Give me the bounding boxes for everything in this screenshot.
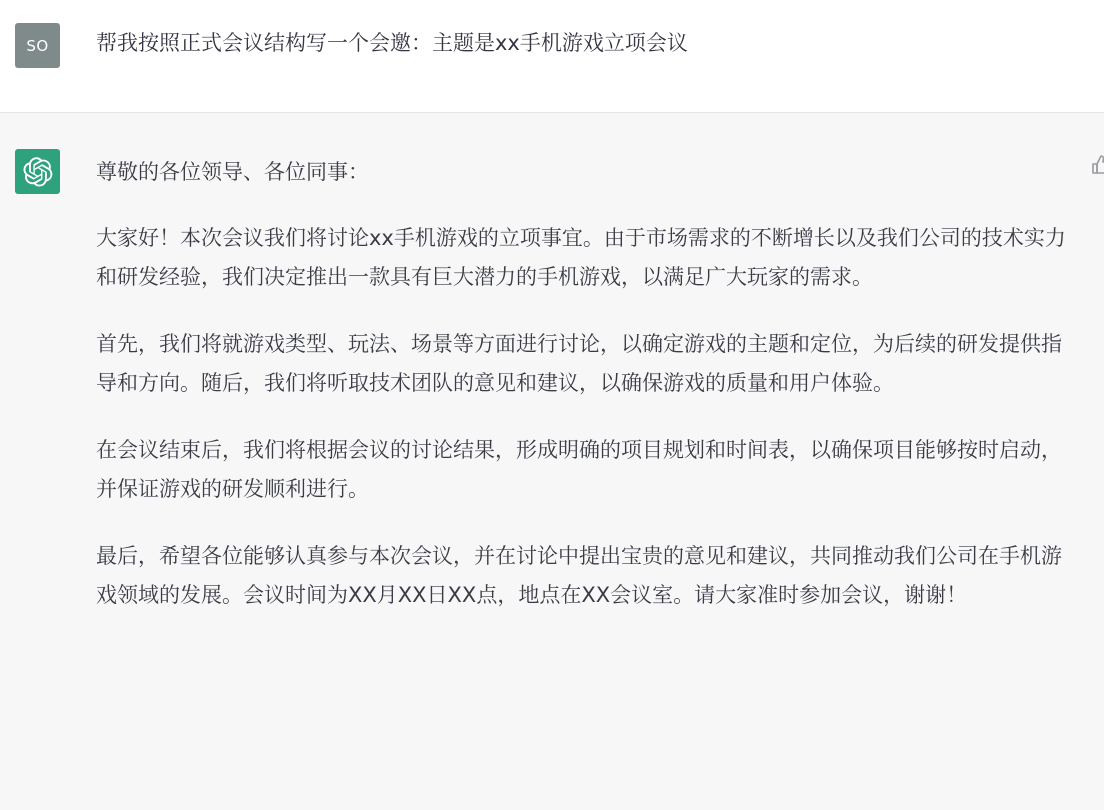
outcome-paragraph: 在会议结束后，我们将根据会议的讨论结果，形成明确的项目规划和时间表，以确保项目能… xyxy=(96,431,1066,509)
assistant-message-row: 尊敬的各位领导、各位同事： 大家好！本次会议我们将讨论xx手机游戏的立项事宜。由… xyxy=(0,113,1104,810)
closing-paragraph: 最后，希望各位能够认真参与本次会议，并在讨论中提出宝贵的意见和建议，共同推动我们… xyxy=(96,537,1066,615)
thumbs-up-button[interactable] xyxy=(1091,153,1104,177)
assistant-message-body: 尊敬的各位领导、各位同事： 大家好！本次会议我们将讨论xx手机游戏的立项事宜。由… xyxy=(96,153,1066,643)
user-avatar-initials: SO xyxy=(26,37,48,55)
user-message-text: 帮我按照正式会议结构写一个会邀：主题是xx手机游戏立项会议 xyxy=(96,27,688,59)
greeting-paragraph: 尊敬的各位领导、各位同事： xyxy=(96,153,1066,192)
user-message-row: SO 帮我按照正式会议结构写一个会邀：主题是xx手机游戏立项会议 xyxy=(0,0,1104,113)
intro-paragraph: 大家好！本次会议我们将讨论xx手机游戏的立项事宜。由于市场需求的不断增长以及我们… xyxy=(96,219,1066,297)
openai-logo-icon xyxy=(23,157,53,187)
agenda-paragraph: 首先，我们将就游戏类型、玩法、场景等方面进行讨论，以确定游戏的主题和定位，为后续… xyxy=(96,325,1066,403)
thumbs-up-icon xyxy=(1091,153,1104,177)
assistant-avatar xyxy=(15,149,60,194)
user-avatar: SO xyxy=(15,23,60,68)
